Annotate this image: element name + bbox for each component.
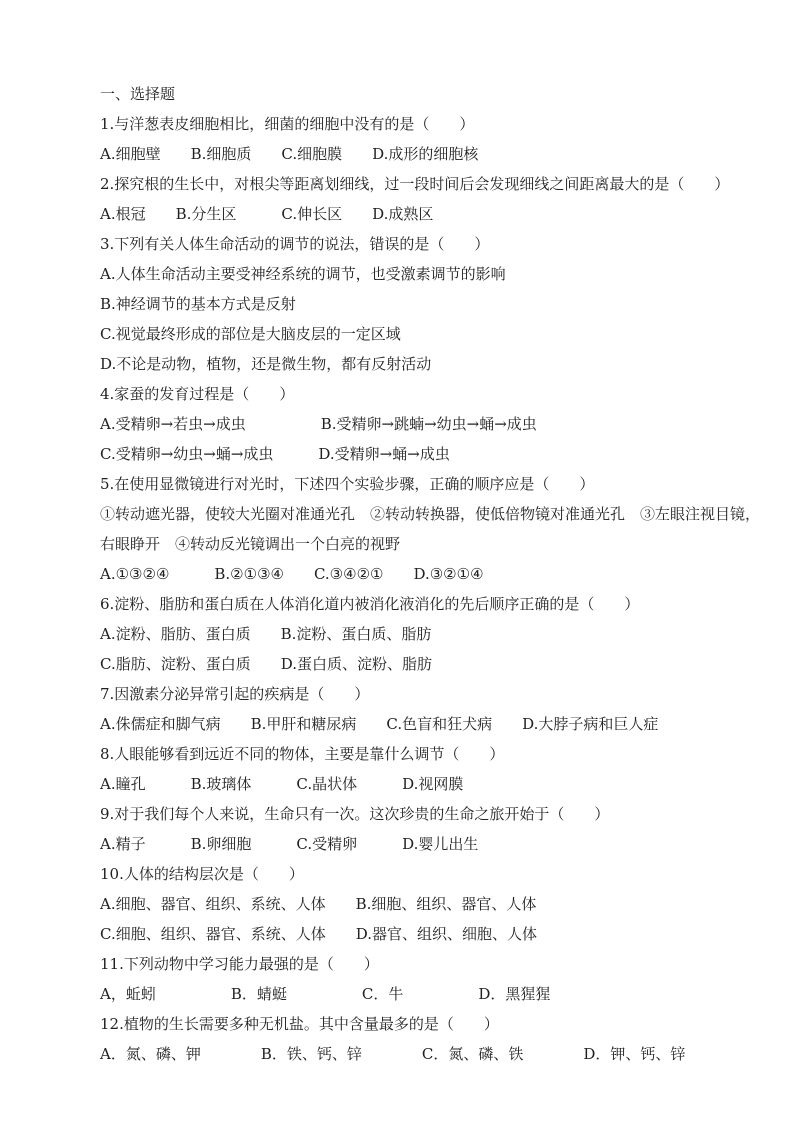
section-heading: 一、选择题 xyxy=(100,79,780,109)
q8-options: A.瞳孔 B.玻璃体 C.晶状体 D.视网膜 xyxy=(100,769,780,799)
q3-option-b: B.神经调节的基本方式是反射 xyxy=(100,289,780,319)
q12-stem: 12.植物的生长需要多种无机盐。其中含量最多的是（ ） xyxy=(100,1009,780,1039)
q3-option-d: D.不论是动物，植物，还是微生物，都有反射活动 xyxy=(100,349,780,379)
q2-stem: 2.探究根的生长中，对根尖等距离划细线，过一段时间后会发现细线之间距离最大的是（… xyxy=(100,169,780,199)
q11-options: A，蚯蚓 B．蜻蜓 C．牛 D．黑猩猩 xyxy=(100,979,780,1009)
q7-options: A.侏儒症和脚气病 B.甲肝和糖尿病 C.色盲和狂犬病 D.大脖子病和巨人症 xyxy=(100,709,780,739)
q6-options-ab: A.淀粉、脂肪、蛋白质 B.淀粉、蛋白质、脂肪 xyxy=(100,619,780,649)
q8-stem: 8.人眼能够看到远近不同的物体，主要是靠什么调节（ ） xyxy=(100,739,780,769)
q10-options-ab: A.细胞、器官、组织、系统、人体 B.细胞、组织、器官、人体 xyxy=(100,889,780,919)
q9-stem: 9.对于我们每个人来说，生命只有一次。这次珍贵的生命之旅开始于（ ） xyxy=(100,799,780,829)
q5-options: A.①③②④ B.②①③④ C.③④②① D.③②①④ xyxy=(100,559,780,589)
q9-options: A.精子 B.卵细胞 C.受精卵 D.婴儿出生 xyxy=(100,829,780,859)
q6-stem: 6.淀粉、脂肪和蛋白质在人体消化道内被消化液消化的先后顺序正确的是（ ） xyxy=(100,589,780,619)
q12-options: A．氮、磷、钾 B．铁、钙、锌 C．氮、磷、铁 D．钾、钙、锌 xyxy=(100,1039,780,1069)
q4-stem: 4.家蚕的发育过程是（ ） xyxy=(100,379,780,409)
q6-options-cd: C.脂肪、淀粉、蛋白质 D.蛋白质、淀粉、脂肪 xyxy=(100,649,780,679)
q1-stem: 1.与洋葱表皮细胞相比，细菌的细胞中没有的是（ ） xyxy=(100,109,780,139)
q5-stem: 5.在使用显微镜进行对光时，下述四个实验步骤，正确的顺序应是（ ） xyxy=(100,469,780,499)
q7-stem: 7.因激素分泌异常引起的疾病是（ ） xyxy=(100,679,780,709)
q5-steps-line-2: 右眼睁开 ④转动反光镜调出一个白亮的视野 xyxy=(100,529,780,559)
q4-options-ab: A.受精卵→若虫→成虫 B.受精卵→跳蝻→幼虫→蛹→成虫 xyxy=(100,409,780,439)
exam-document: 一、选择题 1.与洋葱表皮细胞相比，细菌的细胞中没有的是（ ） A.细胞壁 B.… xyxy=(100,79,780,1069)
q3-option-c: C.视觉最终形成的部位是大脑皮层的一定区域 xyxy=(100,319,780,349)
q11-stem: 11.下列动物中学习能力最强的是（ ） xyxy=(100,949,780,979)
q3-stem: 3.下列有关人体生命活动的调节的说法，错误的是（ ） xyxy=(100,229,780,259)
q3-option-a: A.人体生命活动主要受神经系统的调节，也受激素调节的影响 xyxy=(100,259,780,289)
q5-steps-line-1: ①转动遮光器，使较大光圈对准通光孔 ②转动转换器，使低倍物镜对准通光孔 ③左眼注… xyxy=(100,499,780,529)
q10-stem: 10.人体的结构层次是（ ） xyxy=(100,859,780,889)
q10-options-cd: C.细胞、组织、器官、系统、人体 D.器官、组织、细胞、人体 xyxy=(100,919,780,949)
q4-options-cd: C.受精卵→幼虫→蛹→成虫 D.受精卵→蛹→成虫 xyxy=(100,439,780,469)
q1-options: A.细胞壁 B.细胞质 C.细胞膜 D.成形的细胞核 xyxy=(100,139,780,169)
q2-options: A.根冠 B.分生区 C.伸长区 D.成熟区 xyxy=(100,199,780,229)
